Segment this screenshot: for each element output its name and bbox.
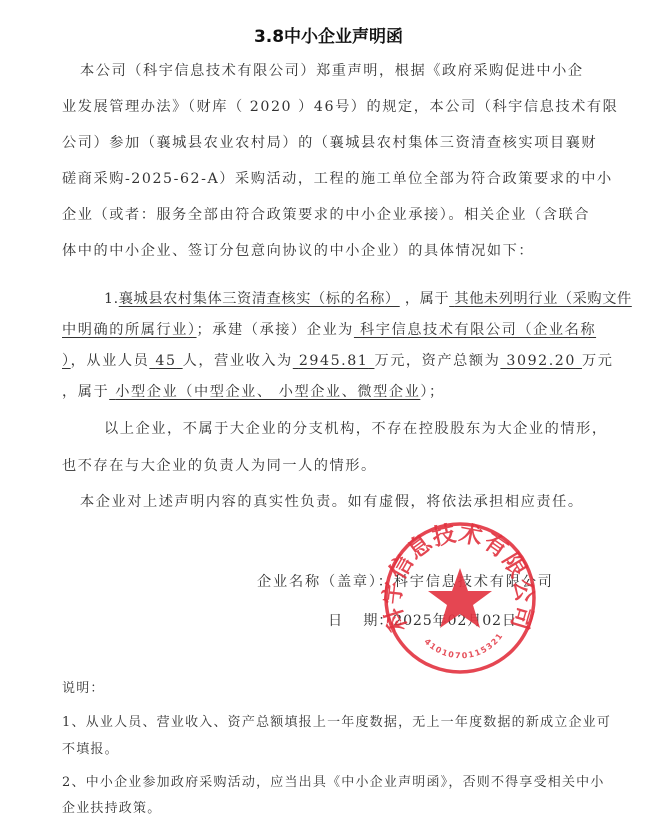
assets-unit: 万元 [582,353,613,369]
employees-field: 45 [149,353,182,369]
notes-heading: 说明： [62,677,105,696]
paragraph-line: 本公司（科宇信息技术有限公司）郑重声明，根据《政府采购促进中小企 [80,60,584,80]
note-line: 2、中小企业参加政府采购活动，应当出具《中小企业声明函》，否则不得享受相关中小 [62,771,605,790]
industry-field: 其他未列明行业（采购文件 [449,291,632,307]
date-value: 2025年02月02日 [393,613,517,629]
note-line: 1、从业人员、营业收入、资产总额填报上一年度数据，无上一年度数据的新成立企业可 [62,711,611,730]
responsibility-paragraph: 本企业对上述声明内容的真实性负责。如有虚假，将依法承担相应责任。 [80,491,584,511]
size-label: ，属于 [62,384,109,400]
revenue-label: 人，营业收入为 [183,353,293,369]
paragraph-line: 公司）参加（襄城县农业农村局）的（襄城县农村集体三资清查核实项目襄财 [62,132,597,152]
item-line: ），从业人员 45 人，营业收入为 2945.81 万元，资产总额为 3092.… [62,350,614,370]
contractor-field-cont: ） [62,353,71,369]
paragraph-line: 业发展管理办法》（财库（ 2020 ）46号）的规定，本公司（科宇信息技术有限 [62,96,618,116]
item-line: 1.襄城县农村集体三资清查核实（标的名称） ，属于 其他未列明行业（采购文件 [104,288,632,308]
date-label: 日 期： [328,613,393,629]
company-seal-icon: 科宇信息技术有限公司 4101070115321 [378,518,538,678]
contractor-label: ；承建（承接）企业为 [197,322,354,338]
company-value: 科宇信息技术有限公司 [394,574,554,590]
note-line: 不填报。 [62,738,119,757]
company-label: 企业名称（盖章）： [257,574,394,590]
paragraph-line: 体中的中小企业、签订分包意向协议的中小企业）的具体情况如下： [62,240,534,260]
svg-text:4101070115321: 4101070115321 [422,631,505,661]
paragraph-line: 也不存在与大企业的负责人为同一人的情形。 [62,455,377,475]
size-field: 小型企业（中型企业、 小型企业、微型企业 [109,384,420,400]
paragraph-line: 企业（或者：服务全部由符合政策要求的中小企业承接）。相关企业（含联合 [62,204,590,224]
paragraph-line: 磋商采购-2025-62-A）采购活动，工程的施工单位全部为符合政策要求的中小 [62,168,613,188]
industry-field-cont: 中明确的所属行业） [62,322,197,338]
date-line: 日 期：2025年02月02日 [328,610,517,630]
paragraph-line: 以上企业，不属于大企业的分支机构，不存在控股股东为大企业的情形， [104,418,608,438]
employees-label: ，从业人员 [71,353,150,369]
page-title: 3.8中小企业声明函 [0,22,657,47]
item-line: ，属于 小型企业（中型企业、 小型企业、微型企业）； [62,381,445,401]
assets-label: 万元，资产总额为 [374,353,500,369]
assets-field: 3092.20 [500,353,582,369]
note-line: 企业扶持政策。 [62,797,161,816]
item-line: 中明确的所属行业）；承建（承接）企业为 科宇信息技术有限公司（企业名称 [62,319,596,339]
size-end: ）； [420,384,444,400]
item-number: 1. [104,291,119,307]
contractor-field: 科宇信息技术有限公司（企业名称 [354,322,596,338]
belongs-label: ，属于 [405,291,449,307]
subject-name: 襄城县农村集体三资清查核实（标的名称） [119,291,400,307]
revenue-field: 2945.81 [293,353,375,369]
company-signature-line: 企业名称（盖章）：科宇信息技术有限公司 [257,571,554,591]
